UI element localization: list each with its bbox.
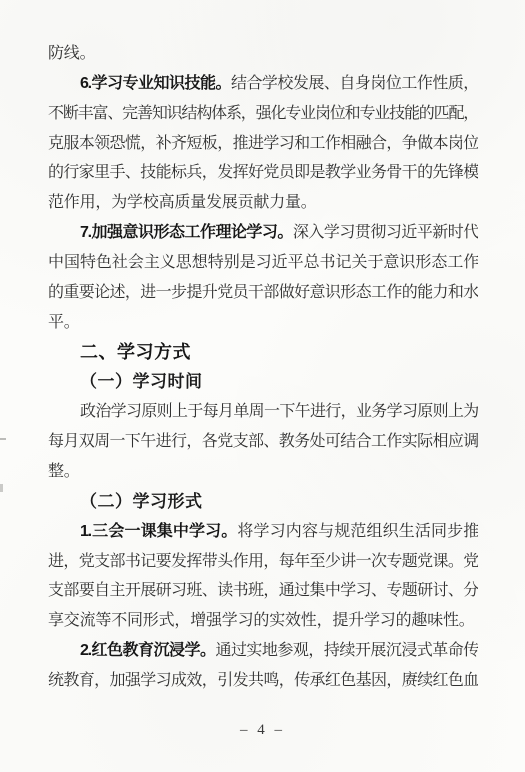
doc-line: 6.学习专业知识技能。结合学校发展、自身岗位工作性质，: [48, 69, 478, 99]
paragraph-text: 支部要自主开展研习班、读书班，通过集中学习、专题研讨、分: [48, 582, 478, 599]
doc-line: 防线。: [48, 39, 478, 69]
paragraph-text: 每月双周一下午进行，各党支部、教务处可结合工作实际相应调: [48, 433, 478, 450]
doc-line: 享交流等不同形式，增强学习的实效性，提升学习的趣味性。: [48, 606, 478, 636]
subsection-heading-text: （一）学习时间: [80, 372, 203, 391]
doc-line: 2.红色教育沉浸学。通过实地参观，持续开展沉浸式革命传: [48, 636, 478, 666]
doc-line: 1.三会一课集中学习。将学习内容与规范组织生活同步推: [48, 517, 478, 547]
paragraph-text: 通过实地参观，持续开展沉浸式革命传: [215, 642, 478, 659]
doc-line: 的行家里手、技能标兵，发挥好党员即是教学业务骨干的先锋模: [48, 158, 478, 188]
paragraph-text: 范作用，为学校高质量发展贡献力量。: [48, 194, 317, 211]
paragraph-lead: 2.红色教育沉浸学。: [80, 642, 215, 659]
section-heading-text: 二、学习方式: [80, 342, 191, 362]
doc-line: 中国特色社会主义思想特别是习近平总书记关于意识形态工作: [48, 248, 478, 278]
paragraph-text: 中国特色社会主义思想特别是习近平总书记关于意识形态工作: [48, 254, 478, 271]
doc-line: 不断丰富、完善知识结构体系，强化专业岗位和专业技能的匹配，: [48, 99, 478, 129]
paragraph-lead: 6.学习专业知识技能。: [80, 75, 231, 92]
scan-artifact: [0, 484, 3, 492]
paragraph-text: 进，党支部书记要发挥带头作用，每年至少讲一次专题党课。党: [48, 553, 478, 570]
doc-line: 7.加强意识形态工作理论学习。深入学习贯彻习近平新时代: [48, 218, 478, 248]
section-heading: 二、学习方式: [48, 338, 478, 368]
subsection-heading: （二）学习形式: [48, 487, 478, 517]
paragraph-text: 的重要论述，进一步提升党员干部做好意识形态工作的能力和水: [48, 284, 478, 301]
paragraph-text: 享交流等不同形式，增强学习的实效性，提升学习的趣味性。: [48, 612, 475, 629]
paragraph-text: 深入学习贯彻习近平新时代: [293, 224, 478, 241]
text-column: 防线。 6.学习专业知识技能。结合学校发展、自身岗位工作性质， 不断丰富、完善知…: [48, 39, 478, 696]
doc-line: 支部要自主开展研习班、读书班，通过集中学习、专题研讨、分: [48, 576, 478, 606]
paragraph-text: 整。: [48, 463, 80, 480]
doc-line: 平。: [48, 308, 478, 338]
page-number: – 4 –: [0, 722, 525, 739]
document-page: 防线。 6.学习专业知识技能。结合学校发展、自身岗位工作性质， 不断丰富、完善知…: [0, 0, 525, 772]
doc-line: 整。: [48, 457, 478, 487]
doc-line: 统教育，加强学习成效，引发共鸣，传承红色基因，赓续红色血: [48, 666, 478, 696]
doc-line: 进，党支部书记要发挥带头作用，每年至少讲一次专题党课。党: [48, 547, 478, 577]
paragraph-lead: 7.加强意识形态工作理论学习。: [80, 224, 293, 241]
scan-artifact: [0, 438, 6, 440]
paragraph-text: 防线。: [48, 45, 95, 62]
paragraph-text: 将学习内容与规范组织生活同步推: [237, 523, 478, 540]
paragraph-text: 平。: [48, 314, 80, 331]
paragraph-text: 克服本领恐慌，补齐短板，推进学习和工作相融合，争做本岗位: [48, 135, 478, 152]
doc-line: 范作用，为学校高质量发展贡献力量。: [48, 188, 478, 218]
paragraph-text: 不断丰富、完善知识结构体系，强化专业岗位和专业技能的匹配，: [48, 105, 478, 122]
paragraph-lead: 1.三会一课集中学习。: [80, 523, 237, 540]
subsection-heading: （一）学习时间: [48, 367, 478, 397]
paragraph-text: 结合学校发展、自身岗位工作性质，: [231, 75, 478, 92]
subsection-heading-text: （二）学习形式: [80, 492, 203, 511]
paragraph-text: 政治学习原则上于每月单周一下午进行，业务学习原则上为: [80, 403, 478, 420]
doc-line: 克服本领恐慌，补齐短板，推进学习和工作相融合，争做本岗位: [48, 129, 478, 159]
doc-line: 每月双周一下午进行，各党支部、教务处可结合工作实际相应调: [48, 427, 478, 457]
paragraph-text: 的行家里手、技能标兵，发挥好党员即是教学业务骨干的先锋模: [48, 164, 478, 181]
doc-line: 政治学习原则上于每月单周一下午进行，业务学习原则上为: [48, 397, 478, 427]
paragraph-text: 统教育，加强学习成效，引发共鸣，传承红色基因，赓续红色血: [48, 672, 478, 689]
doc-line: 的重要论述，进一步提升党员干部做好意识形态工作的能力和水: [48, 278, 478, 308]
